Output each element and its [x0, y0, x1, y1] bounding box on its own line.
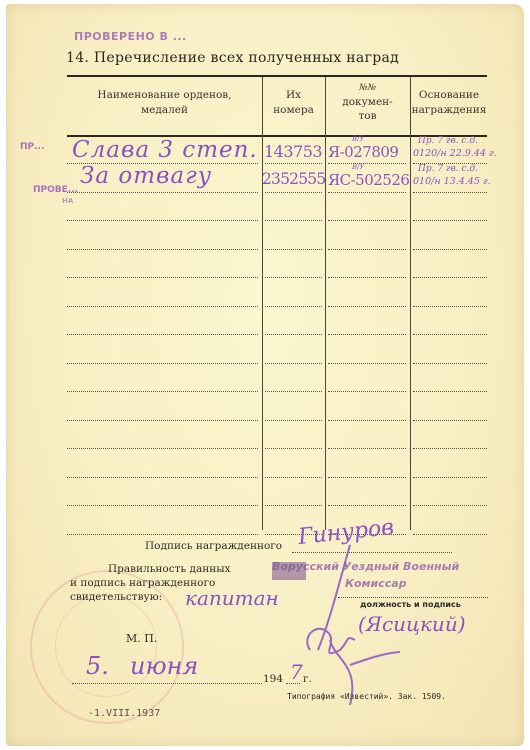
table-row-line [67, 534, 258, 535]
round-seal-inner [55, 595, 157, 697]
column-divider-2 [325, 77, 326, 530]
verified-stamp: ПРОВЕРЕНО В ... [74, 30, 187, 43]
table-row-line [67, 505, 258, 506]
table-row-line [265, 477, 322, 478]
table-row-line [67, 277, 258, 278]
year-line [286, 683, 300, 684]
date-day: 5. [86, 652, 109, 680]
header-basis-line1: Основание [410, 88, 488, 103]
margin-stamp-2: ПРОВЕ... [33, 185, 78, 195]
table-row-line [413, 477, 487, 478]
year-unit: г. [303, 673, 312, 685]
margin-stamp-3: НА [62, 197, 73, 205]
table-row-line [328, 505, 406, 506]
table-row-line [265, 163, 322, 164]
header-basis: Основание награждения [410, 88, 488, 118]
table-row-line [328, 163, 406, 164]
table-row-line [413, 534, 487, 535]
header-numbers: Их номера [262, 88, 325, 118]
header-award-name-line2: медалей [67, 103, 262, 118]
table-row-line [328, 420, 406, 421]
table-row-line [328, 334, 406, 335]
table-row-line [413, 420, 487, 421]
table-row-line [413, 448, 487, 449]
table-top-rule [67, 75, 487, 77]
section-title: 14. Перечисление всех полученных наград [66, 50, 399, 66]
row2-number: 2352555 [262, 170, 325, 188]
table-row-line [328, 477, 406, 478]
table-row-line [67, 477, 258, 478]
header-numbers-line1: Их [262, 88, 325, 103]
table-row-line [67, 249, 258, 250]
margin-stamp-1: ПР... [20, 142, 44, 152]
table-row-line [413, 249, 487, 250]
table-row-line [67, 306, 258, 307]
header-basis-line2: награждения [410, 103, 488, 118]
row2-basis-line2: 010/н 13.4.45 г. [413, 176, 491, 187]
table-row-line [265, 192, 322, 193]
row2-document: ЯС-502526 [328, 171, 409, 189]
row1-basis-line1: Пр. 7 гв. с.д. [418, 136, 478, 146]
recipient-signature-label: Подпись награжденного [145, 540, 282, 552]
table-row-line [67, 448, 258, 449]
row1-basis-line2: 0120/н 22.9.44 г. [413, 148, 497, 159]
table-row-line [265, 391, 322, 392]
table-row-line [328, 306, 406, 307]
table-row-line [265, 334, 322, 335]
row1-number: 143753 [264, 142, 322, 161]
table-row-line [67, 334, 258, 335]
certification-line3: свидетельствую: [70, 591, 162, 603]
header-documents-line2: докумен- [325, 95, 410, 109]
table-row-line [413, 391, 487, 392]
year-prefix: 194 [263, 673, 283, 685]
table-row-line [328, 391, 406, 392]
year-suffix: 7 [290, 660, 303, 684]
table-row-line [328, 192, 406, 193]
row1-document-prefix: В/У [352, 135, 365, 143]
row2-basis-line1: Пр. 7 гв. с.д. [418, 164, 478, 174]
header-award-name-line1: Наименование орденов, [67, 88, 262, 103]
table-row-line [413, 334, 487, 335]
row1-document: Я-027809 [328, 143, 398, 161]
row2-document-prefix: В/У [352, 163, 365, 171]
header-documents-line1: №№ [325, 81, 410, 95]
table-row-line [413, 220, 487, 221]
table-row-line [67, 420, 258, 421]
header-documents-line3: тов [325, 109, 410, 123]
table-row-line [328, 448, 406, 449]
date-month: июня [130, 652, 198, 680]
table-row-line [413, 277, 487, 278]
table-row-line [265, 306, 322, 307]
seal-place-label: М. П. [126, 632, 157, 645]
table-row-line [413, 505, 487, 506]
table-row-line [265, 277, 322, 278]
table-row-line [265, 249, 322, 250]
table-row-line [413, 363, 487, 364]
table-row-line [413, 306, 487, 307]
certification-line1: Правильность данных [108, 563, 231, 575]
table-row-line [328, 277, 406, 278]
certifier-rank: капитан [185, 586, 279, 610]
column-divider-1 [262, 77, 263, 530]
date-line [72, 683, 262, 684]
table-row-line [67, 220, 258, 221]
header-numbers-line2: номера [262, 103, 325, 118]
table-row-line [67, 391, 258, 392]
table-row-line [265, 420, 322, 421]
table-row-line [265, 363, 322, 364]
table-row-line [67, 363, 258, 364]
table-row-line [328, 363, 406, 364]
seal-date: -1.VIII.1937 [88, 708, 160, 719]
table-row-line [265, 448, 322, 449]
header-documents: №№ докумен- тов [325, 81, 410, 123]
column-divider-3 [410, 77, 411, 530]
table-row-line [328, 220, 406, 221]
table-row-line [413, 192, 487, 193]
table-row-line [265, 505, 322, 506]
table-row-line [328, 249, 406, 250]
table-row-line [67, 192, 258, 193]
table-row-line [265, 220, 322, 221]
row1-award: Слава 3 степ. [72, 137, 258, 163]
header-award-name: Наименование орденов, медалей [67, 88, 262, 118]
printer-line: Типография «Известий». Зак. 1509. [287, 692, 446, 701]
row2-award: За отвагу [80, 163, 212, 189]
